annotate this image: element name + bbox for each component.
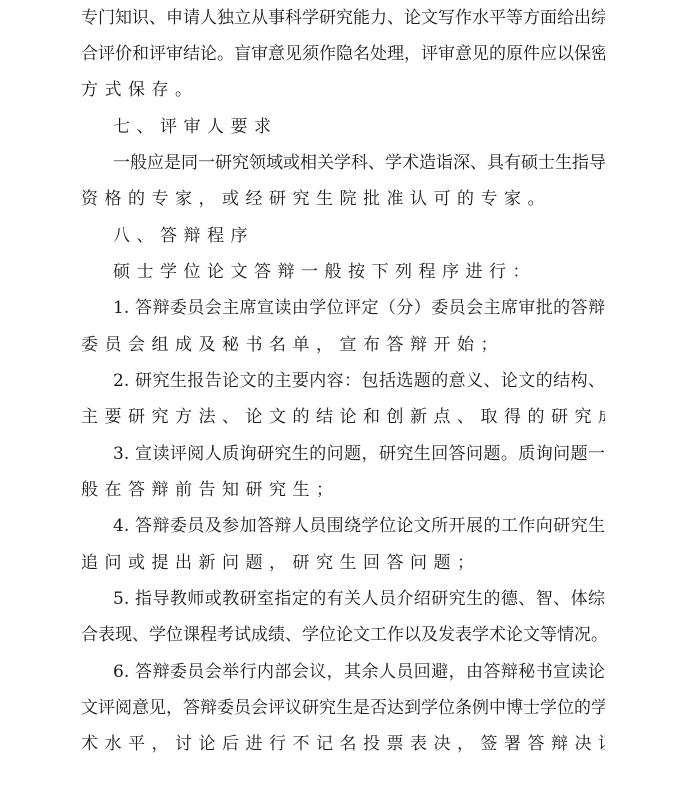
paragraph-line: 资格的专家，或经研究生院批准认可的专家。 xyxy=(81,188,605,210)
list-item-1: 1. 答辩委员会主席宣读由学位评定（分）委员会主席审批的答辩 xyxy=(113,297,605,319)
section-heading-7: 七、评审人要求 xyxy=(113,116,605,138)
list-item-4: 4. 答辩委员及参加答辩人员围绕学位论文所开展的工作向研究生 xyxy=(113,515,605,537)
paragraph-line: 委员会组成及秘书名单，宣布答辩开始； xyxy=(81,334,605,356)
paragraph-line: 一般应是同一研究领域或相关学科、学术造诣深、具有硕士生指导 xyxy=(113,152,605,174)
paragraph-line: 文评阅意见，答辩委员会评议研究生是否达到学位条例中博士学位的学 xyxy=(81,697,605,719)
paragraph-line: 合表现、学位课程考试成绩、学位论文工作以及发表学术论文等情况。 xyxy=(81,624,605,646)
section-heading-8: 八、答辩程序 xyxy=(113,225,605,247)
list-item-6: 6. 答辩委员会举行内部会议，其余人员回避，由答辩秘书宣读论 xyxy=(113,661,605,683)
list-item-5: 5. 指导教师或教研室指定的有关人员介绍研究生的德、智、体综 xyxy=(113,588,605,610)
paragraph-line: 般在答辩前告知研究生； xyxy=(81,479,605,501)
paragraph-line: 主要研究方法、论文的结论和创新点、取得的研究成果等； xyxy=(81,406,605,428)
document-page: 专门知识、申请人独立从事科学研究能力、论文写作水平等方面给出综 合评价和评审结论… xyxy=(0,0,679,802)
paragraph-line: 方式保存。 xyxy=(81,79,605,101)
list-item-3: 3. 宣读评阅人质询研究生的问题，研究生回答问题。质询问题一 xyxy=(113,443,605,465)
paragraph-line: 术水平，讨论后进行不记名投票表决，签署答辩决议书； xyxy=(81,733,605,755)
paragraph-line: 专门知识、申请人独立从事科学研究能力、论文写作水平等方面给出综 xyxy=(81,7,605,29)
paragraph-line: 硕士学位论文答辩一般按下列程序进行： xyxy=(113,261,605,283)
paragraph-line: 合评价和评审结论。盲审意见须作隐名处理，评审意见的原件应以保密 xyxy=(81,43,605,65)
paragraph-line: 追问或提出新问题，研究生回答问题； xyxy=(81,552,605,574)
list-item-2: 2. 研究生报告论文的主要内容：包括选题的意义、论文的结构、 xyxy=(113,370,605,392)
